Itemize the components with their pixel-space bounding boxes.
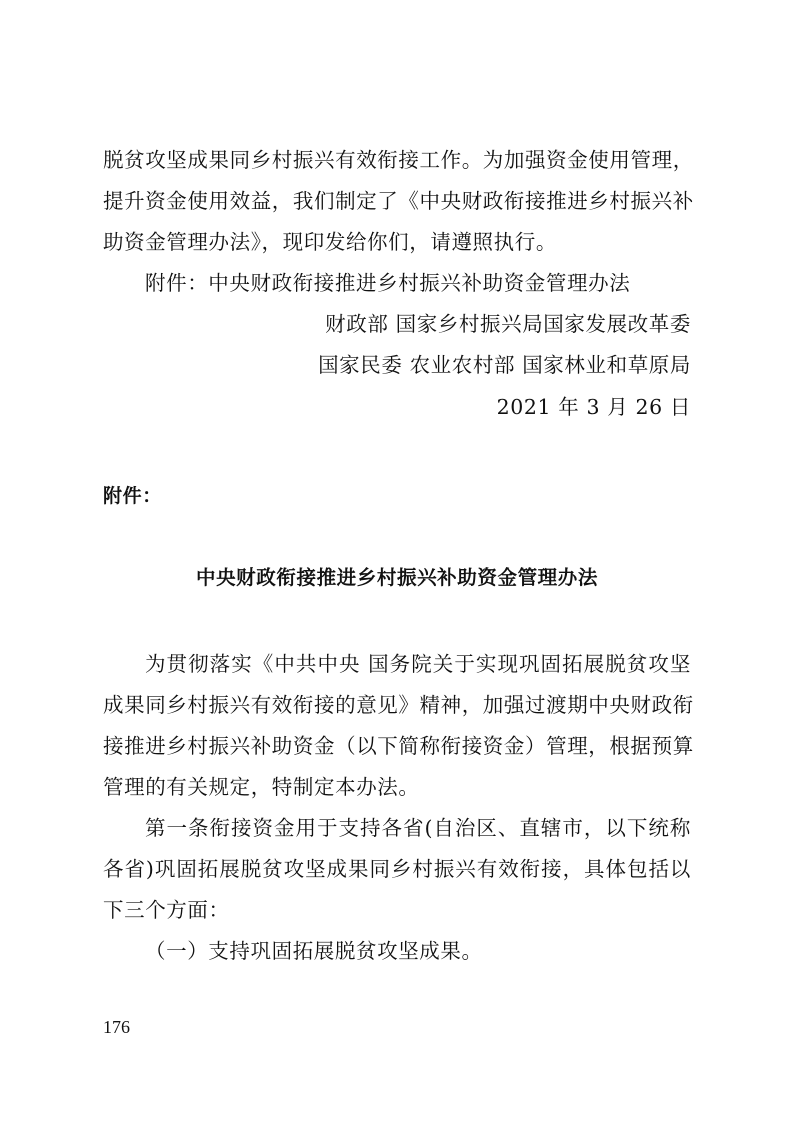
issue-date: 2021 年 3 月 26 日 <box>103 393 691 421</box>
intro-line-1: 脱贫攻坚成果同乡村振兴有效衔接工作。为加强资金使用管理， <box>103 146 691 174</box>
document-title: 中央财政衔接推进乡村振兴补助资金管理办法 <box>103 564 691 592</box>
intro-line-3: 助资金管理办法》，现印发给你们，请遵照执行。 <box>103 228 691 256</box>
preamble-line-2: 成果同乡村振兴有效衔接的意见》精神，加强过渡期中央财政衔 <box>103 691 691 719</box>
preamble-line-3: 接推进乡村振兴补助资金（以下简称衔接资金）管理，根据预算 <box>103 732 691 760</box>
preamble-line-1: 为贯彻落实《中共中央 国务院关于实现巩固拓展脱贫攻坚 <box>145 650 691 678</box>
preamble-line-4: 管理的有关规定，特制定本办法。 <box>103 773 691 801</box>
signatory-line-2: 国家民委 农业农村部 国家林业和草原局 <box>103 351 691 379</box>
article1-line-1: 第一条衔接资金用于支持各省(自治区、直辖市，以下统称 <box>145 814 691 842</box>
item-1: （一）支持巩固拓展脱贫攻坚成果。 <box>145 937 691 965</box>
attachment-note: 附件：中央财政衔接推进乡村振兴补助资金管理办法 <box>145 269 691 297</box>
page-number: 176 <box>103 1017 130 1038</box>
document-page: 脱贫攻坚成果同乡村振兴有效衔接工作。为加强资金使用管理， 提升资金使用效益，我们… <box>0 0 793 1122</box>
intro-line-2: 提升资金使用效益，我们制定了《中央财政衔接推进乡村振兴补 <box>103 187 691 215</box>
attachment-heading: 附件： <box>103 482 691 510</box>
signatory-line-1: 财政部 国家乡村振兴局国家发展改革委 <box>103 310 691 338</box>
article1-line-3: 下三个方面： <box>103 896 691 924</box>
article1-line-2: 各省)巩固拓展脱贫攻坚成果同乡村振兴有效衔接，具体包括以 <box>103 855 691 883</box>
